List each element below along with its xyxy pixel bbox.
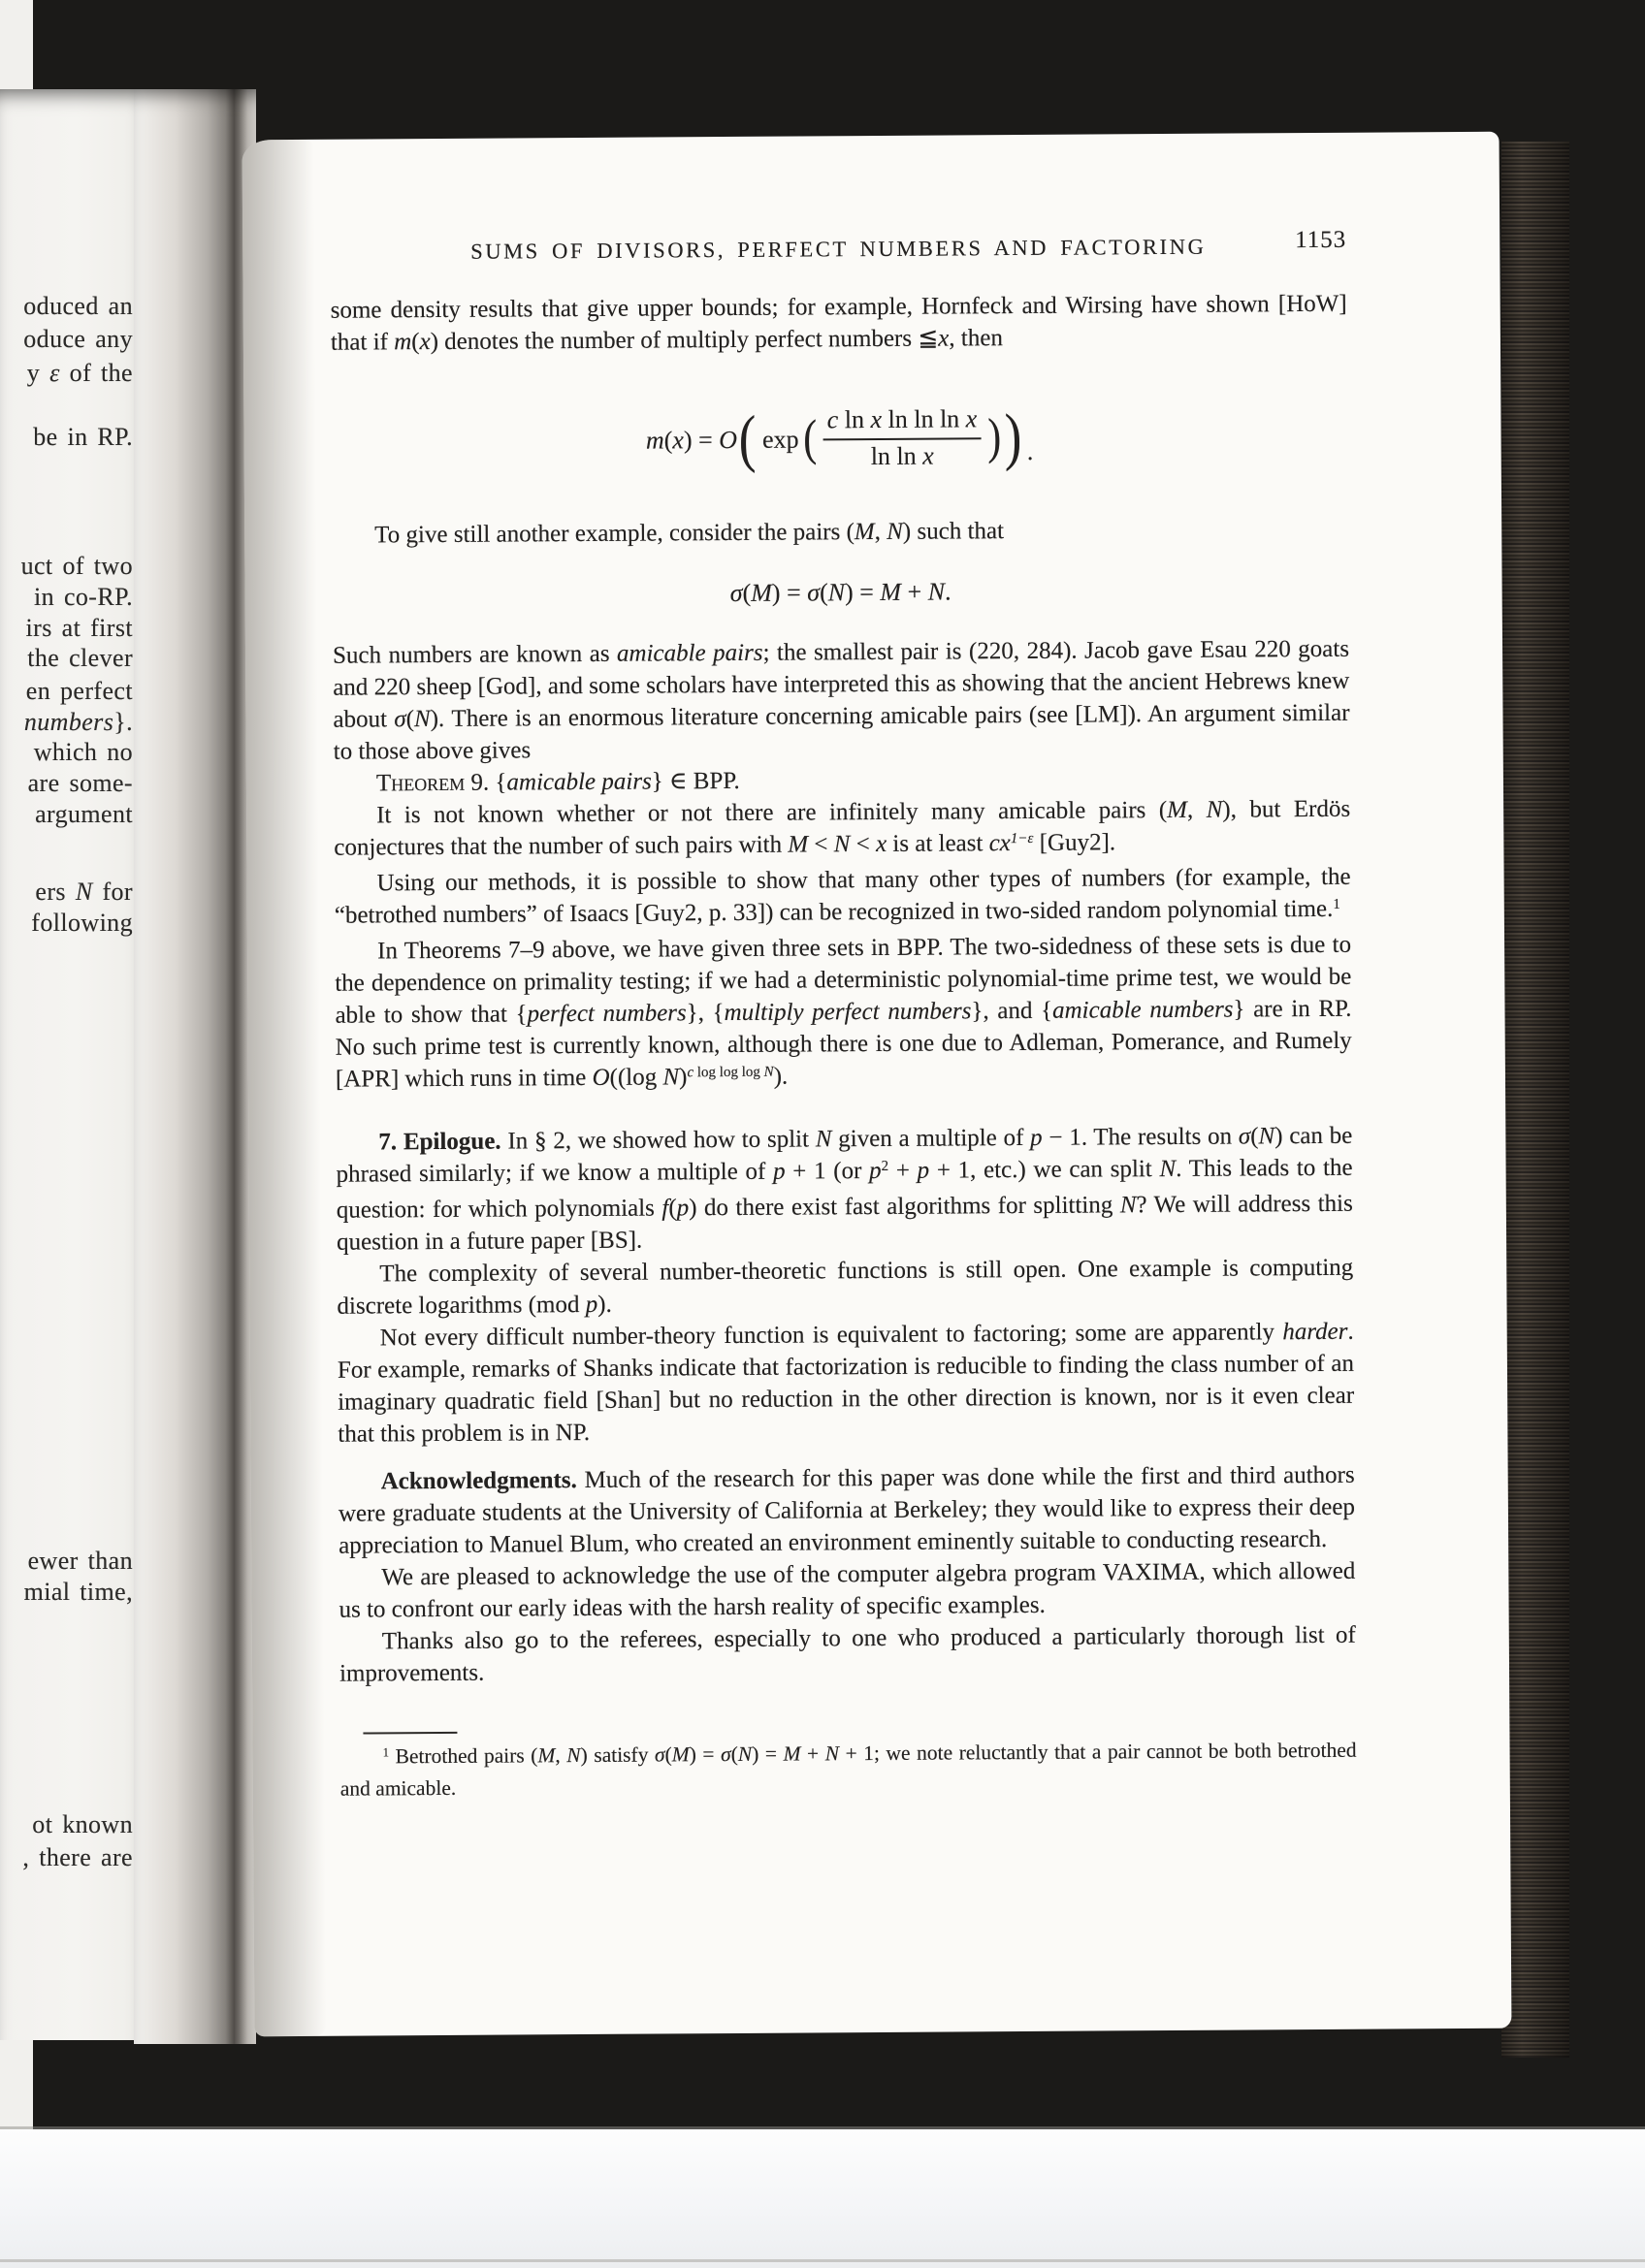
book-fore-edge-texture — [1501, 142, 1569, 2058]
para-theorems-7-9: In Theorems 7–9 above, we have given thr… — [335, 929, 1352, 1100]
para-amicable-pairs: Such numbers are known as amicable pairs… — [333, 633, 1350, 768]
bottom-scanner-strip — [0, 2129, 1645, 2268]
para-infinitely-many: It is not known whether or not there are… — [334, 793, 1350, 868]
margin-fragment: ot known — [32, 1811, 133, 1838]
page-header: SUMS OF DIVISORS, PERFECT NUMBERS AND FA… — [330, 230, 1346, 270]
margin-fragment: oduced an — [23, 293, 133, 320]
para-acknowledgments: Acknowledgments. Much of the research fo… — [339, 1459, 1356, 1562]
margin-fragment: which no — [34, 739, 133, 766]
margin-fragment: en perfect — [26, 678, 133, 705]
gutter-fold-shadow — [134, 89, 256, 2044]
margin-fragment: y ε of the — [27, 360, 133, 387]
footnote-betrothed: 1 Betrothed pairs (M, N) satisfy σ(M) = … — [339, 1736, 1356, 1804]
margin-fragment: the clever — [27, 645, 133, 672]
margin-fragment: in co-RP. — [34, 584, 133, 611]
para-vaxima: We are pleased to acknowledge the use of… — [339, 1555, 1355, 1626]
para-complexity-open: The complexity of several number-theoret… — [337, 1252, 1353, 1323]
margin-fragment: ewer than — [28, 1548, 133, 1575]
margin-fragment: oduce any — [23, 326, 133, 353]
para-to-give-example: To give still another example, consider … — [332, 513, 1348, 552]
margin-fragment: argument — [35, 801, 133, 828]
margin-fragment: numbers}. — [24, 709, 133, 736]
margin-fragment: mial time, — [24, 1579, 133, 1606]
bottom-edge-line — [0, 2259, 1645, 2262]
para-using-our-methods: Using our methods, it is possible to sho… — [335, 861, 1351, 936]
formula-sigma-amicable: σ(M) = σ(N) = M + N. — [333, 573, 1349, 612]
article-body: some density results that give upper bou… — [331, 288, 1357, 1690]
para-epilogue: 7. Epilogue. In § 2, we showed how to sp… — [336, 1120, 1353, 1259]
para-not-every: Not every difficult number-theory functi… — [338, 1316, 1355, 1451]
margin-fragment: are some- — [28, 770, 133, 797]
formula-mx-bound: m(x) = O(exp(c ln x ln ln ln xln ln x)). — [331, 387, 1348, 491]
page-number: 1153 — [1295, 224, 1346, 256]
margin-fragment: uct of two — [21, 553, 133, 580]
scanned-page: SUMS OF DIVISORS, PERFECT NUMBERS AND FA… — [242, 132, 1512, 2037]
margin-fragment: following — [31, 910, 133, 937]
scan-background: oduced anoduce anyy ε of thebe in RP.uct… — [0, 0, 1645, 2268]
para-density-results: some density results that give upper bou… — [331, 288, 1347, 359]
text-block: SUMS OF DIVISORS, PERFECT NUMBERS AND FA… — [330, 230, 1357, 1804]
margin-fragment: be in RP. — [33, 424, 133, 451]
running-title: SUMS OF DIVISORS, PERFECT NUMBERS AND FA… — [470, 235, 1206, 264]
margin-fragment: irs at first — [26, 615, 133, 642]
margin-fragment: , there are — [22, 1844, 133, 1871]
footnote-rule — [363, 1732, 457, 1735]
margin-fragment: ers N for — [35, 878, 133, 906]
para-thanks-referees: Thanks also go to the referees, especial… — [339, 1619, 1356, 1690]
facing-page-strip: oduced anoduce anyy ε of thebe in RP.uct… — [0, 89, 138, 2040]
